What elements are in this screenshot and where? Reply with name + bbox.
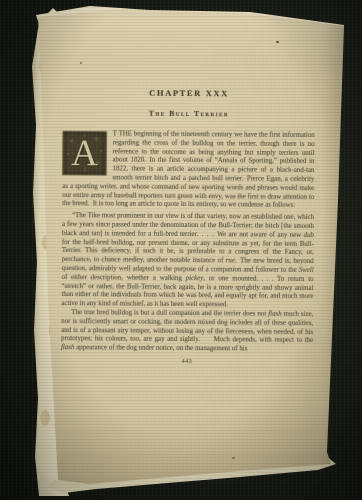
ornamental-drop-cap: A: [62, 131, 106, 175]
drop-cap-letter: A: [62, 131, 106, 175]
body-text: AT THE beginning of the nineteenth centu…: [61, 130, 315, 355]
text-block: CHAPTER XXX The Bull Terrier AT THE begi…: [61, 87, 315, 366]
fox-speck: [232, 457, 235, 459]
chapter-heading: CHAPTER XXX: [63, 87, 315, 99]
fox-speck: [80, 62, 82, 64]
fox-speck: [276, 41, 279, 43]
body-paragraph: “The Tike most prominent in our view is …: [61, 212, 314, 311]
body-paragraph: AT THE beginning of the nineteenth centu…: [62, 130, 315, 211]
body-paragraph: The true bred bulldog is but a dull comp…: [61, 309, 313, 355]
chapter-title: The Bull Terrier: [63, 108, 315, 119]
book-photo: CHAPTER XXX The Bull Terrier AT THE begi…: [0, 0, 362, 500]
